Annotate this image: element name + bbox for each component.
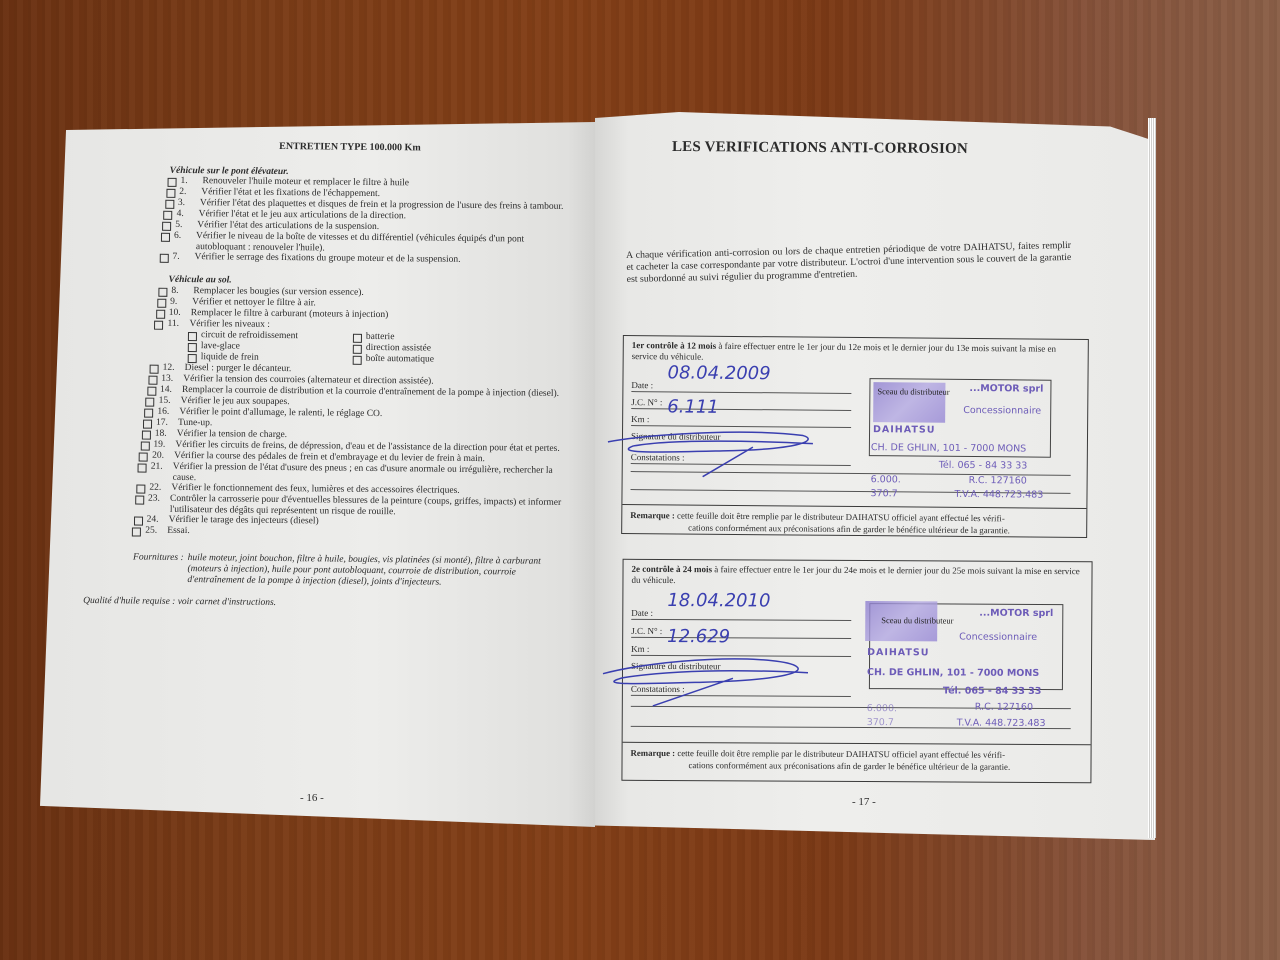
remark-label: Remarque : (630, 510, 675, 520)
check-box-12-months: 1er contrôle à 12 mois à faire effectuer… (621, 335, 1089, 538)
jc-label: J.C. N° : (631, 397, 662, 407)
checkbox-icon[interactable] (147, 387, 156, 396)
distributor-stamp: Sceau du distributeur ...MOTOR sprl Conc… (858, 368, 1059, 500)
supplies: Fournitures : huile moteur, joint boucho… (85, 552, 565, 589)
stamp-tva: T.V.A. 448.723.483 (957, 716, 1046, 731)
check-heading-bold: 2e contrôle à 24 mois (632, 564, 713, 574)
item-number: 17. (156, 418, 178, 429)
checkbox-icon[interactable] (154, 321, 163, 330)
item-number: 22. (149, 483, 171, 494)
checkbox-icon[interactable] (165, 200, 174, 209)
stamp-code-2: 370.7 (867, 715, 894, 730)
item-number: 15. (159, 396, 181, 407)
checkbox-icon[interactable] (143, 420, 152, 429)
checkbox-icon[interactable] (150, 365, 159, 374)
item-number: 1. (181, 176, 203, 187)
checkbox-icon[interactable] (144, 409, 153, 418)
date-value: 18.04.2010 (667, 596, 770, 607)
section-ground-items-a: 8.Remplacer les bougies (sur version ess… (88, 285, 568, 334)
fluid-level-label: direction assistée (366, 343, 431, 355)
stamp-brand: DAIHATSU (873, 422, 936, 438)
checkbox-icon[interactable] (142, 431, 151, 440)
stamp-company: ...MOTOR sprl (969, 381, 1043, 397)
date-field[interactable]: Date : 08.04.2009 (631, 380, 851, 393)
date-label: Date : (631, 380, 653, 390)
stamp-role: Concessionnaire (963, 403, 1041, 419)
item-number: 24. (147, 515, 169, 526)
item-number: 11. (167, 319, 189, 330)
check-heading-bold: 1er contrôle à 12 mois (632, 340, 716, 351)
checkbox-icon[interactable] (188, 332, 197, 341)
stamp-company: ...MOTOR sprl (979, 606, 1053, 621)
page-title: LES VERIFICATIONS ANTI-CORROSION (672, 139, 968, 158)
maintenance-checklist: ENTRETIEN TYPE 100.000 Km Véhicule sur l… (85, 140, 570, 612)
checkbox-icon[interactable] (132, 528, 141, 537)
checkbox-icon[interactable] (156, 310, 165, 319)
item-number: 16. (157, 407, 179, 418)
checkbox-icon[interactable] (161, 233, 170, 242)
checkbox-icon[interactable] (160, 254, 169, 263)
item-number: 18. (155, 429, 177, 440)
date-label: Date : (631, 608, 653, 618)
stamp-address: CH. DE GHLIN, 101 - 7000 MONS (867, 665, 1039, 681)
km-value: 12.629 (667, 632, 730, 643)
stamp-role: Concessionnaire (959, 630, 1037, 645)
checkbox-icon[interactable] (353, 356, 362, 365)
item-number: 3. (178, 198, 200, 209)
item-number: 25. (145, 526, 167, 537)
supplies-text: huile moteur, joint bouchon, filtre à hu… (187, 553, 565, 589)
remark-line-2: cations conformément aux préconisations … (630, 759, 1082, 773)
checkbox-icon[interactable] (138, 463, 147, 472)
page-stack-edge (1148, 118, 1156, 838)
seal-label: Sceau du distributeur (877, 384, 949, 400)
checkbox-icon[interactable] (353, 334, 362, 343)
checkbox-icon[interactable] (134, 517, 143, 526)
checkbox-icon[interactable] (146, 398, 155, 407)
stamp-tel: Tél. 065 - 84 33 33 (943, 683, 1042, 699)
item-number: 13. (161, 374, 183, 385)
date-field[interactable]: Date : 18.04.2010 (631, 608, 851, 621)
checkbox-icon[interactable] (157, 299, 166, 308)
jc-number-field[interactable]: J.C. N° : (631, 626, 851, 639)
item-number: 9. (170, 297, 192, 308)
stamp-code-2: 370.7 (870, 486, 897, 501)
stamp-code-1: 6.000. (867, 701, 897, 716)
item-number: 21. (151, 462, 173, 483)
checkbox-icon[interactable] (164, 211, 173, 220)
distributor-stamp: Sceau du distributeur ...MOTOR sprl Conc… (859, 591, 1060, 732)
stamp-address: CH. DE GHLIN, 101 - 7000 MONS (871, 440, 1026, 456)
fluid-level-label: lave-glace (201, 341, 240, 352)
stamp-tel: Tél. 065 - 84 33 33 (939, 458, 1028, 474)
stamp-brand: DAIHATSU (867, 645, 929, 660)
checkbox-icon[interactable] (162, 222, 171, 231)
checkbox-icon[interactable] (166, 189, 175, 198)
item-number: 20. (152, 451, 174, 462)
fluid-level-label: boîte automatique (366, 354, 434, 366)
km-label: Km : (631, 414, 649, 424)
checkbox-icon[interactable] (188, 343, 197, 352)
item-number: 5. (175, 220, 197, 231)
checkbox-icon[interactable] (135, 496, 144, 505)
checkbox-icon[interactable] (168, 178, 177, 187)
remark-line-2: cations conformément aux préconisations … (630, 521, 1078, 537)
item-number: 14. (160, 385, 182, 396)
supplies-label: Fournitures : (85, 552, 187, 585)
fluid-levels-list: circuit de refroidissementbatterielave-g… (188, 330, 568, 367)
item-number: 7. (173, 252, 195, 263)
jc-number-field[interactable]: J.C. N° : (631, 397, 851, 410)
section-ground-items-b: 12.Diesel : purger le décanteur.13.Vérif… (86, 362, 568, 541)
stamp-tva: T.V.A. 448.723.483 (954, 487, 1043, 503)
item-number: 23. (148, 494, 170, 515)
checkbox-icon[interactable] (136, 485, 145, 494)
signature-scribble (603, 424, 834, 486)
fluid-level-label: batterie (366, 332, 395, 343)
checkbox-icon[interactable] (139, 453, 148, 462)
seal-label: Sceau du distributeur (881, 613, 953, 628)
item-number: 2. (179, 187, 201, 198)
page-number-left: - 16 - (300, 792, 324, 804)
checkbox-icon[interactable] (188, 354, 197, 363)
remark: Remarque : cette feuille doit être rempl… (622, 504, 1086, 541)
remark-label: Remarque : (631, 748, 676, 758)
jc-label: J.C. N° : (631, 626, 662, 636)
check-heading: 1er contrôle à 12 mois à faire effectuer… (624, 336, 1088, 365)
item-number: 6. (174, 231, 196, 252)
checkbox-icon[interactable] (158, 288, 167, 297)
signature-scribble (593, 652, 833, 713)
remark-line-1: cette feuille doit être remplie par le d… (675, 748, 1005, 760)
stamp-rc: R.C. 127160 (975, 700, 1033, 715)
checkbox-icon[interactable] (148, 376, 157, 385)
km-value: 6.111 (667, 402, 719, 413)
fluid-level-label: liquide de frein (201, 352, 259, 364)
item-number: 4. (177, 209, 199, 220)
remark: Remarque : cette feuille doit être rempl… (622, 742, 1090, 777)
checkbox-icon[interactable] (353, 345, 362, 354)
item-number: 8. (171, 286, 193, 297)
page-number-right: - 17 - (852, 796, 876, 808)
checkbox-icon[interactable] (140, 442, 149, 451)
check-heading: 2e contrôle à 24 mois à faire effectuer … (623, 560, 1091, 587)
item-number: 12. (163, 363, 185, 374)
date-value: 08.04.2009 (667, 368, 770, 379)
check-box-24-months: 2e contrôle à 24 mois à faire effectuer … (621, 559, 1092, 783)
item-number: 19. (153, 440, 175, 451)
section-lift-items: 1.Renouveler l'huile moteur et remplacer… (89, 175, 570, 267)
stamp-code-1: 6.000. (871, 472, 901, 487)
item-number: 10. (169, 308, 191, 319)
